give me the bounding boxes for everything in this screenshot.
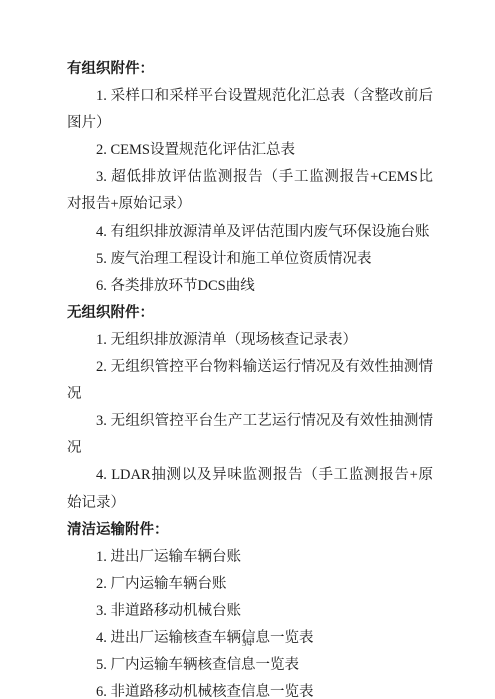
attachment-item: 3. 非道路移动机械台账 xyxy=(67,598,433,625)
attachment-item: 1. 无组织排放源清单（现场核查记录表） xyxy=(67,327,433,354)
attachment-item: 3. 超低排放评估监测报告（手工监测报告+CEMS比对报告+原始记录） xyxy=(67,164,433,218)
attachment-item: 1. 采样口和采样平台设置规范化汇总表（含整改前后图片） xyxy=(67,83,433,137)
attachment-item: 6. 非道路移动机械核查信息一览表 xyxy=(67,679,433,699)
attachment-item: 5. 厂内运输车辆核查信息一览表 xyxy=(67,652,433,679)
page-number: 34 xyxy=(0,638,495,648)
attachment-item: 4. LDAR抽测以及异味监测报告（手工监测报告+原始记录） xyxy=(67,462,433,516)
attachment-item: 5. 废气治理工程设计和施工单位资质情况表 xyxy=(67,246,433,273)
attachment-item: 2. 厂内运输车辆台账 xyxy=(67,571,433,598)
section-heading-organized: 有组织附件： xyxy=(67,56,433,83)
document-page: 有组织附件： 1. 采样口和采样平台设置规范化汇总表（含整改前后图片） 2. C… xyxy=(0,0,495,699)
section-heading-clean-transport: 清洁运输附件： xyxy=(67,517,433,544)
attachment-item: 1. 进出厂运输车辆台账 xyxy=(67,544,433,571)
attachment-item: 2. 无组织管控平台物料输送运行情况及有效性抽测情况 xyxy=(67,354,433,408)
document-body: 有组织附件： 1. 采样口和采样平台设置规范化汇总表（含整改前后图片） 2. C… xyxy=(67,56,433,699)
section-heading-unorganized: 无组织附件： xyxy=(67,300,433,327)
attachment-item: 2. CEMS设置规范化评估汇总表 xyxy=(67,137,433,164)
attachment-item: 3. 无组织管控平台生产工艺运行情况及有效性抽测情况 xyxy=(67,408,433,462)
attachment-item: 4. 有组织排放源清单及评估范围内废气环保设施台账 xyxy=(67,219,433,246)
attachment-item: 6. 各类排放环节DCS曲线 xyxy=(67,273,433,300)
